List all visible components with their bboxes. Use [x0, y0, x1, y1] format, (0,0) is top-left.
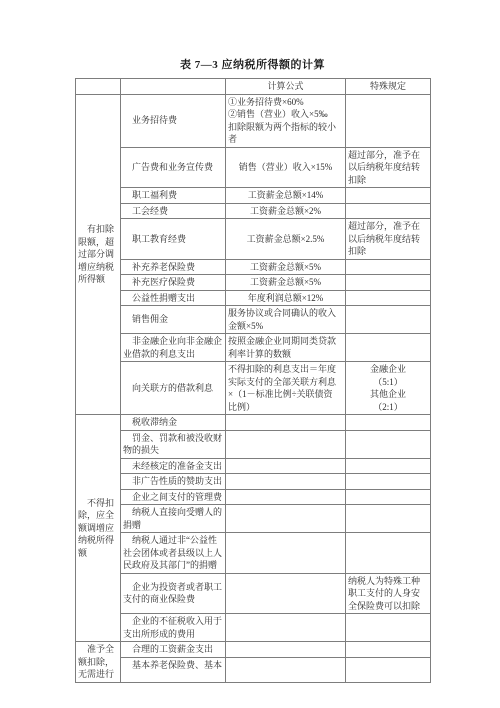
table-row: 非金融企业向非金融企业借款的利息支出 按照金融企业同期同类贷款 利率计算的数额 — [76, 334, 431, 362]
special-cell: 超过部分，准予在以后纳税年度结转扣除 — [346, 219, 431, 260]
special-cell — [346, 533, 431, 574]
formula-cell: 工资薪金总额×5% — [226, 275, 346, 291]
formula-cell — [226, 458, 346, 474]
table-row: 企业的不征税收入用于支出所形成的费用 — [76, 614, 431, 642]
item-cell: 业务招待费 — [121, 94, 226, 147]
special-cell — [346, 259, 431, 275]
section-label-fully-deductible: 准予全额扣除，无需进行 — [76, 642, 121, 683]
item-cell: 纳税人直接向受赠人的捐赠 — [121, 505, 226, 533]
formula-cell: 工资薪金总额×2% — [226, 203, 346, 219]
special-cell — [346, 203, 431, 219]
table-row: 向关联方的借款利息 不得扣除的利息支出＝年度 实际支付的全部关联方利息 ×（1－… — [76, 362, 431, 415]
table-row: 补充养老保险费 工资薪金总额×5% — [76, 259, 431, 275]
item-cell: 公益性捐赠支出 — [121, 290, 226, 306]
special-cell — [346, 306, 431, 334]
item-cell: 未经核定的准备金支出 — [121, 458, 226, 474]
item-cell: 企业之间支付的管理费 — [121, 489, 226, 505]
table-row: 未经核定的准备金支出 — [76, 458, 431, 474]
table-header-row: 计算公式 特殊规定 — [76, 79, 431, 95]
special-cell — [346, 489, 431, 505]
special-cell — [346, 94, 431, 147]
header-item-cell — [121, 79, 226, 95]
formula-cell: 不得扣除的利息支出＝年度 实际支付的全部关联方利息 ×（1－标准比例÷关联债资 … — [226, 362, 346, 415]
table-row: 职工教育经费 工资薪金总额×2.5% 超过部分，准予在以后纳税年度结转扣除 — [76, 219, 431, 260]
formula-cell — [226, 430, 346, 458]
scanned-page: 表 7—3 应纳税所得额的计算 计算公式 特殊规定 有扣除限额，超过部分调增应纳… — [0, 0, 500, 683]
formula-cell: 工资薪金总额×5% — [226, 259, 346, 275]
formula-cell — [226, 415, 346, 431]
section-label-non-deductible: 不得扣除，应全额调增应纳税所得额 — [76, 415, 121, 642]
item-cell: 税收滞纳金 — [121, 415, 226, 431]
table-row: 企业为投资者或者职工支付的商业保险费 纳税人为特殊工种职工支付的人身安全保险费可… — [76, 573, 431, 614]
special-cell — [346, 334, 431, 362]
formula-cell: 工资薪金总额×14% — [226, 188, 346, 204]
table-row: 准予全额扣除，无需进行 合理的工资薪金支出 — [76, 642, 431, 658]
formula-cell — [226, 642, 346, 658]
special-cell — [346, 505, 431, 533]
item-cell: 补充医疗保险费 — [121, 275, 226, 291]
special-cell — [346, 188, 431, 204]
formula-cell — [226, 489, 346, 505]
table-title: 表 7—3 应纳税所得额的计算 — [75, 56, 430, 72]
item-cell: 基本养老保险费、基本 — [121, 658, 226, 682]
formula-cell: 年度利润总额×12% — [226, 290, 346, 306]
special-cell: 金融企业 （5:1） 其他企业 （2:1） — [346, 362, 431, 415]
table-row: 企业之间支付的管理费 — [76, 489, 431, 505]
item-cell: 销售佣金 — [121, 306, 226, 334]
formula-cell: 服务协议或合同确认的收入 金额×5% — [226, 306, 346, 334]
special-cell: 超过部分，准予在以后纳税年度结转扣除 — [346, 147, 431, 188]
formula-cell — [226, 505, 346, 533]
header-section-cell — [76, 79, 121, 95]
item-cell: 非广告性质的赞助支出 — [121, 474, 226, 490]
table-row: 纳税人通过非“公益性社会团体或者县级以上人民政府及其部门”的捐赠 — [76, 533, 431, 574]
item-cell: 向关联方的借款利息 — [121, 362, 226, 415]
item-cell: 广告费和业务宣传费 — [121, 147, 226, 188]
special-cell — [346, 275, 431, 291]
item-cell: 纳税人通过非“公益性社会团体或者县级以上人民政府及其部门”的捐赠 — [121, 533, 226, 574]
item-cell: 非金融企业向非金融企业借款的利息支出 — [121, 334, 226, 362]
special-cell — [346, 614, 431, 642]
formula-cell — [226, 614, 346, 642]
item-cell: 补充养老保险费 — [121, 259, 226, 275]
formula-cell: ①业务招待费×60% ②销售（营业）收入×5‰ 扣除限额为两个指标的较小者 — [226, 94, 346, 147]
item-cell: 企业的不征税收入用于支出所形成的费用 — [121, 614, 226, 642]
table-row: 罚金、罚款和被没收财物的损失 — [76, 430, 431, 458]
table-row: 纳税人直接向受赠人的捐赠 — [76, 505, 431, 533]
formula-cell: 工资薪金总额×2.5% — [226, 219, 346, 260]
item-cell: 罚金、罚款和被没收财物的损失 — [121, 430, 226, 458]
table-row: 不得扣除，应全额调增应纳税所得额 税收滞纳金 — [76, 415, 431, 431]
formula-cell: 销售（营业）收入×15% — [226, 147, 346, 188]
special-cell — [346, 415, 431, 431]
table-row: 基本养老保险费、基本 — [76, 658, 431, 682]
section-label-deduction-limit: 有扣除限额，超过部分调增应纳税所得额 — [76, 94, 121, 415]
special-cell — [346, 658, 431, 682]
table-row: 非广告性质的赞助支出 — [76, 474, 431, 490]
special-cell — [346, 474, 431, 490]
item-cell: 职工福利费 — [121, 188, 226, 204]
special-cell — [346, 458, 431, 474]
header-formula-cell: 计算公式 — [226, 79, 346, 95]
taxable-income-table: 计算公式 特殊规定 有扣除限额，超过部分调增应纳税所得额 业务招待费 ①业务招待… — [75, 78, 431, 683]
special-cell — [346, 430, 431, 458]
item-cell: 合理的工资薪金支出 — [121, 642, 226, 658]
item-cell: 企业为投资者或者职工支付的商业保险费 — [121, 573, 226, 614]
formula-cell — [226, 573, 346, 614]
table-row: 公益性捐赠支出 年度利润总额×12% — [76, 290, 431, 306]
formula-cell — [226, 474, 346, 490]
special-cell: 纳税人为特殊工种职工支付的人身安全保险费可以扣除 — [346, 573, 431, 614]
table-row: 有扣除限额，超过部分调增应纳税所得额 业务招待费 ①业务招待费×60% ②销售（… — [76, 94, 431, 147]
formula-cell: 按照金融企业同期同类贷款 利率计算的数额 — [226, 334, 346, 362]
item-cell: 工会经费 — [121, 203, 226, 219]
special-cell — [346, 290, 431, 306]
table-row: 销售佣金 服务协议或合同确认的收入 金额×5% — [76, 306, 431, 334]
table-row: 补充医疗保险费 工资薪金总额×5% — [76, 275, 431, 291]
table-row: 工会经费 工资薪金总额×2% — [76, 203, 431, 219]
formula-cell — [226, 658, 346, 682]
header-special-cell: 特殊规定 — [346, 79, 431, 95]
special-cell — [346, 642, 431, 658]
formula-cell — [226, 533, 346, 574]
table-row: 广告费和业务宣传费 销售（营业）收入×15% 超过部分，准予在以后纳税年度结转扣… — [76, 147, 431, 188]
item-cell: 职工教育经费 — [121, 219, 226, 260]
table-row: 职工福利费 工资薪金总额×14% — [76, 188, 431, 204]
